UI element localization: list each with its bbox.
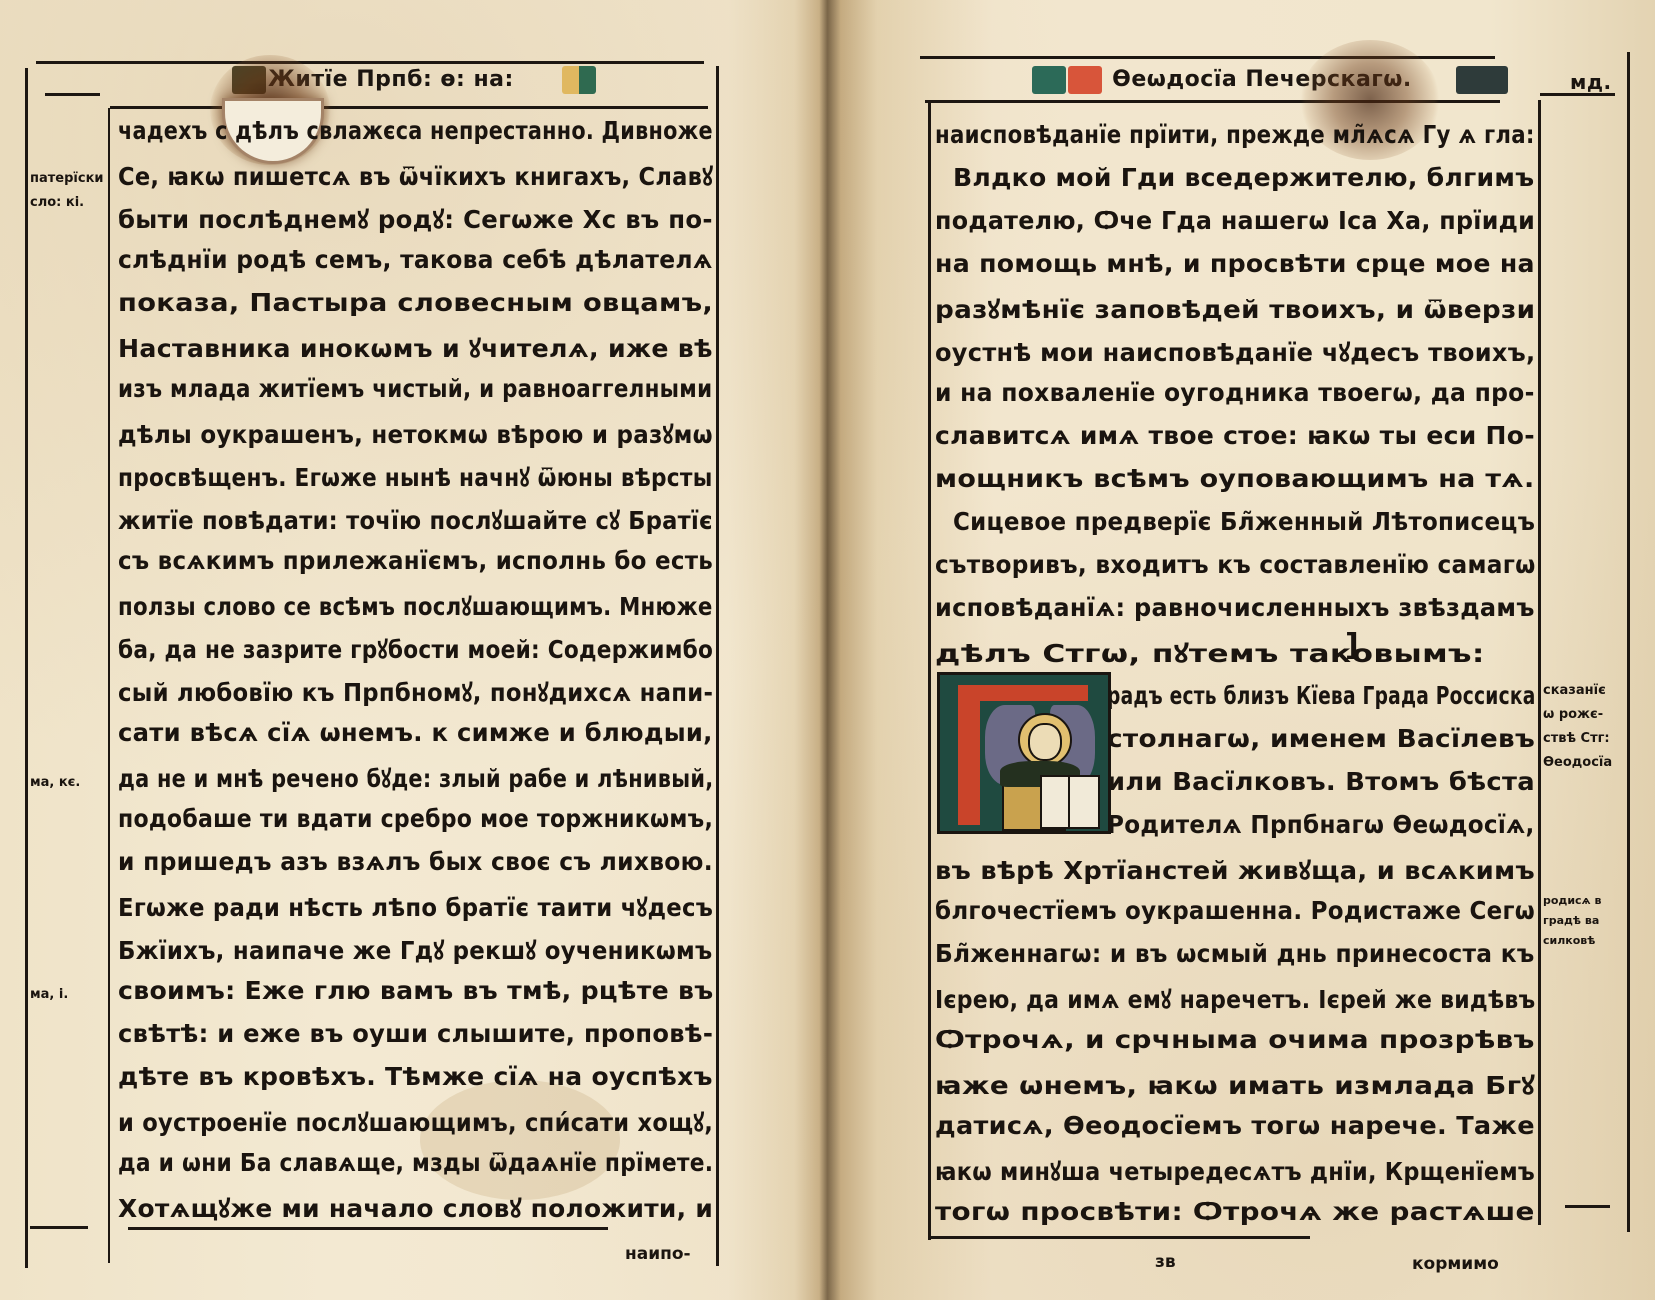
left-frame-rule (928, 100, 931, 1240)
text-line: датисѧ, Ѳеодосїемъ тогѡ нарече. Таже (935, 1111, 1535, 1140)
bottom-rule (930, 1236, 1310, 1239)
margin-note: Ѳеодосїа (1543, 752, 1612, 774)
text-line: Бл̃женнагѡ: и въ ѡсмый днь принесоста къ (935, 939, 1535, 968)
text-right-rule (1538, 100, 1541, 1225)
text-line: сътворивъ, входитъ къ составленїю самагѡ (935, 550, 1536, 579)
headpiece-ornament-icon (1456, 66, 1508, 94)
margin-bottom-rule (1565, 1205, 1610, 1208)
margin-note: родисѧ в (1543, 890, 1602, 912)
open-book-icon (1040, 775, 1100, 829)
text-line: Родителѧ Прпбнагѡ Ѳеѡдосїѧ, (1107, 810, 1535, 839)
outer-frame-rule (1627, 52, 1630, 1232)
margin-note: градѣ ва (1543, 910, 1599, 932)
margin-note: ствѣ Стг: (1543, 728, 1610, 750)
text-line: или Васїлковъ. Втомъ бѣста (1107, 767, 1535, 796)
text-line: на помощь мнѣ, и просвѣти срце мое на (935, 249, 1535, 278)
text-line: Влдко мой Гди вседержителю, блгимъ (953, 163, 1534, 192)
text-line: радъ есть близъ Кїева Града Россиска (1107, 681, 1536, 710)
margin-note: силковѣ (1543, 930, 1595, 952)
text-line: въ вѣрѣ Хртїанстей живꙋща, и всѧкимъ (935, 853, 1535, 887)
text-line: оустнѣ мои наисповѣданїе чꙋдесъ твоихъ, (935, 335, 1535, 369)
text-line: Ієрею, да имѧ емꙋ наречетъ. Ієрей же вид… (935, 982, 1535, 1016)
saint-face-icon (1028, 723, 1062, 761)
text-line: блгочестїемъ оукрашенна. Родистаже Сегѡ (935, 896, 1535, 925)
text-line: и на похваленїе оугодника твоегѡ, да про… (935, 378, 1535, 407)
text-line: подателю, Ѻче Гда нашегѡ Іса Ха, прїиди (935, 206, 1535, 235)
text-line: разꙋмѣнїє заповѣдей твоихъ, и ѿверзи (935, 292, 1535, 326)
text-line: славитсѧ имѧ твое стое: ꙗкѡ ты еси По- (935, 421, 1535, 450)
text-line: столнагѡ, именем Васїлевъ (1107, 724, 1535, 753)
headpiece-ornament-icon (1032, 66, 1066, 94)
text-line: наисповѣданїе прїити, прежде мл̃ѧсѧ Гу ѧ… (935, 120, 1535, 149)
book-spread: Житїе Прпб: ѳ: на: патерїски сло: кі. ма… (0, 0, 1655, 1300)
signature-mark: зв (1155, 1252, 1176, 1272)
text-line: тогѡ просвѣти: Ѻтрочѧ же растѧше (935, 1197, 1535, 1226)
illuminated-initial-g (937, 672, 1111, 834)
headpiece-ornament-icon (1068, 66, 1102, 94)
text-line: дѣлъ Стгѡ, пꙋтемъ таковымъ: (935, 636, 1485, 670)
folio-number: мд. (1570, 70, 1612, 94)
text-line: Сицевое предверїє Бл̃женный Лѣтописецъ (953, 507, 1535, 536)
text-line: ꙗкѡ минꙋша четыредесѧтъ днїи, Крщенїемъ (935, 1154, 1535, 1188)
right-page: Ѳеѡдосїа Печерскагѡ. мд. сказанїє ѡ рожє… (0, 0, 1655, 1300)
initial-letter-bar (958, 685, 1088, 701)
text-line: ꙗже ѡнемъ, ꙗкѡ имать измлада Бгꙋ (935, 1068, 1535, 1102)
text-line: исповѣданїѧ: равночисленныхъ звѣздамъ (935, 593, 1535, 622)
initial-letter-stem (958, 685, 980, 825)
closing-bracket: ] (1345, 628, 1359, 663)
catchword: кормимо (1412, 1254, 1499, 1274)
text-line: Ѻтрочѧ, и срчныма очима прозрѣвъ (935, 1025, 1535, 1054)
margin-note: ѡ рожє- (1543, 704, 1603, 726)
margin-note: сказанїє (1543, 680, 1606, 702)
text-line: мощникъ всѣмъ оуповающимъ на тѧ. (935, 464, 1535, 493)
